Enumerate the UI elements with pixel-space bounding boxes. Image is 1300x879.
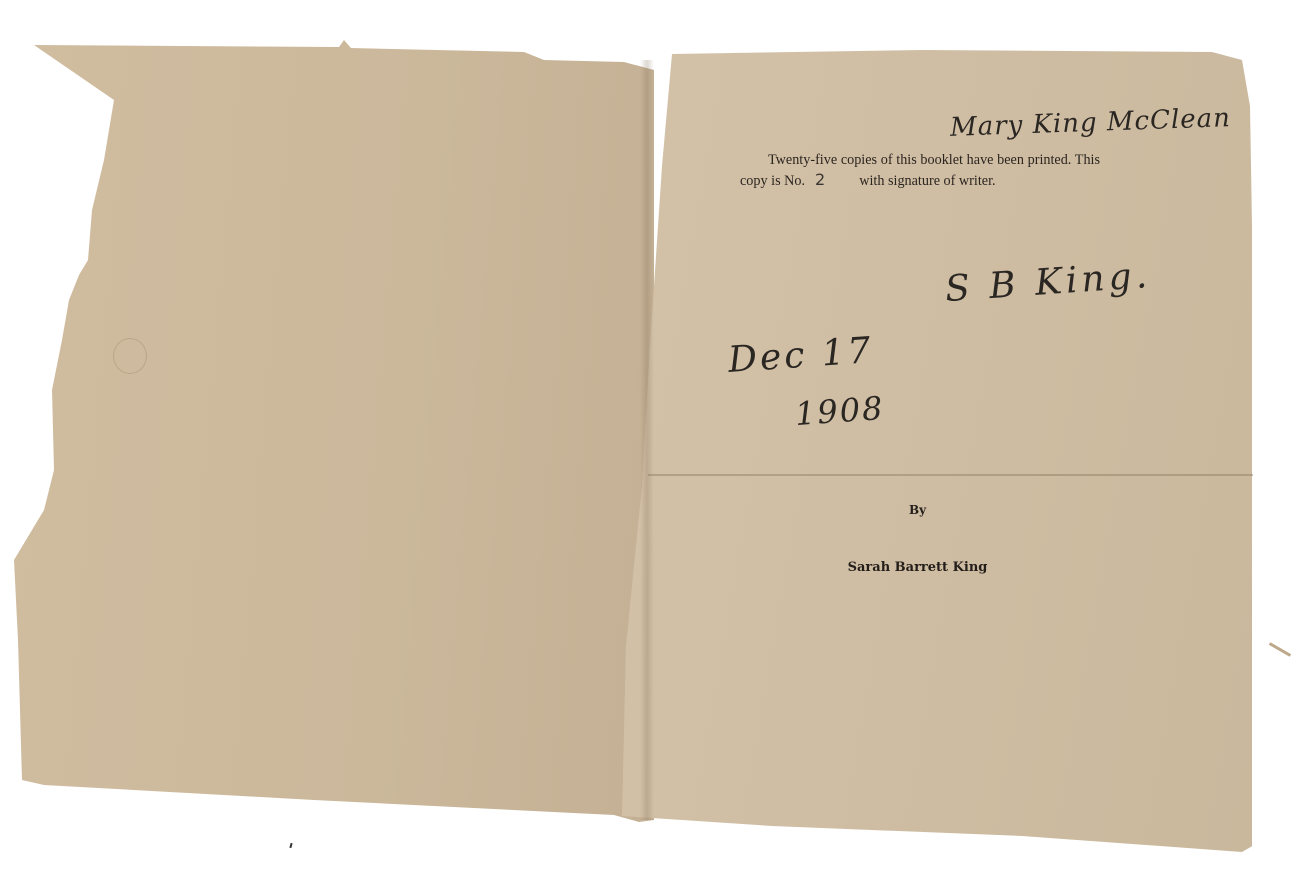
handwritten-date-year: 1908 — [794, 389, 886, 433]
notice-line-1: Twenty-five copies of this booklet have … — [768, 152, 1024, 168]
byline-author: Sarah Barrett King — [840, 560, 995, 575]
dust-speck — [289, 843, 292, 848]
notice-line-2-end: with signature — [859, 173, 940, 189]
byline-by: By — [840, 503, 995, 517]
paper-stain — [113, 338, 147, 374]
fold-line — [648, 474, 1253, 476]
left-page — [14, 40, 654, 830]
binding-thread — [1269, 642, 1291, 657]
spine — [640, 60, 654, 820]
notice-line-3: of writer. — [944, 173, 996, 189]
limited-edition-notice: Twenty-five copies of this booklet have … — [740, 150, 1100, 191]
copy-number: 2 — [815, 170, 825, 189]
